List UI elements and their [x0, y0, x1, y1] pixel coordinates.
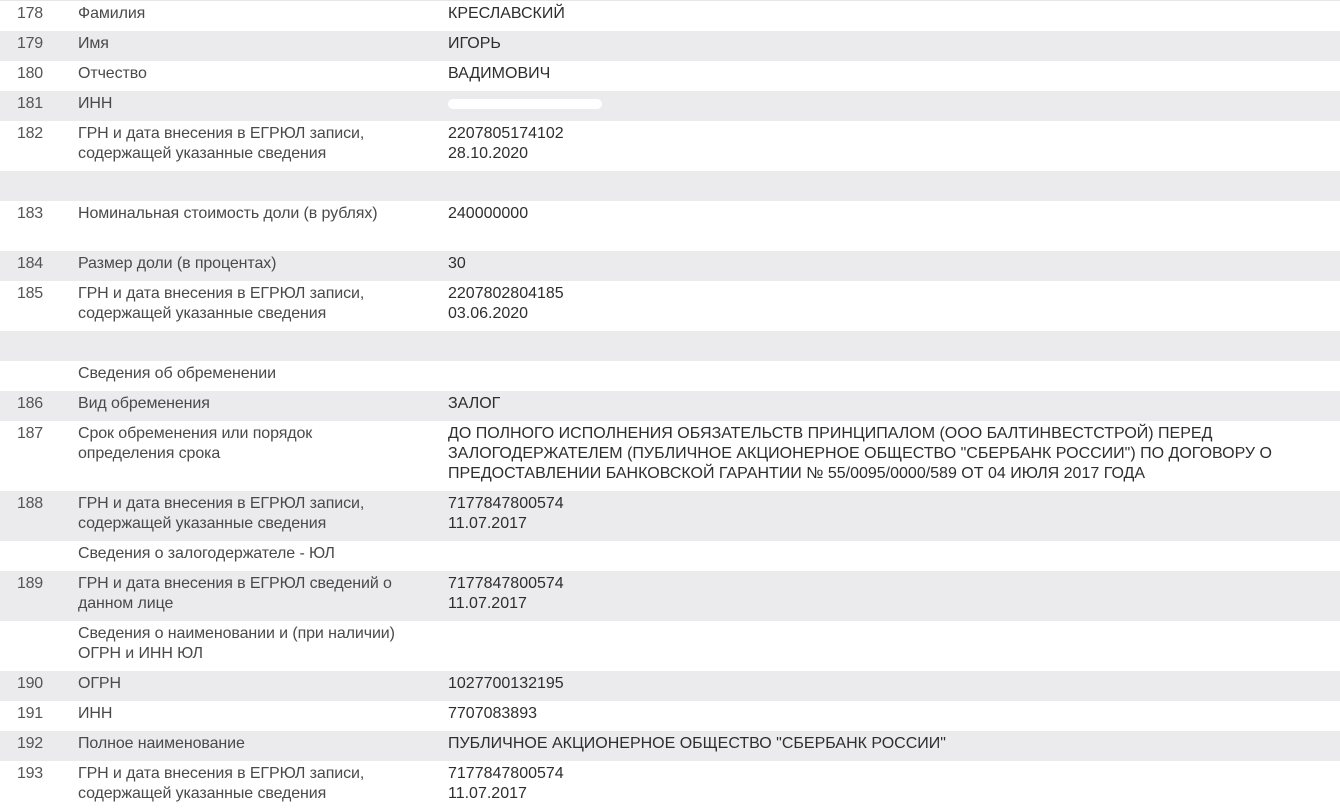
section-header-row: Сведения о залогодержателе - ЮЛ: [0, 541, 1340, 571]
value-line: 1027700132195: [448, 674, 1324, 694]
row-number: 179: [0, 34, 78, 54]
table-row-188: 188 ГРН и дата внесения в ЕГРЮЛ записи, …: [0, 491, 1340, 541]
field-label: Отчество: [78, 64, 448, 84]
table-row-186: 186 Вид обременения ЗАЛОГ: [0, 391, 1340, 421]
row-number: 192: [0, 734, 78, 754]
value-line: 7177847800574: [448, 494, 1324, 514]
table-row-191: 191 ИНН 7707083893: [0, 701, 1340, 731]
row-number: 186: [0, 394, 78, 414]
field-value: 717784780057411.07.2017: [448, 574, 1340, 614]
value-line: 7177847800574: [448, 764, 1324, 784]
value-line: ВАДИМОВИЧ: [448, 64, 1324, 84]
field-value: 717784780057411.07.2017: [448, 494, 1340, 534]
field-label: Сведения об обременении: [78, 364, 448, 384]
value-line: 240000000: [448, 204, 1324, 224]
table-row-182: 182 ГРН и дата внесения в ЕГРЮЛ записи, …: [0, 121, 1340, 171]
table-row-192: 192 Полное наименование ПУБЛИЧНОЕ АКЦИОН…: [0, 731, 1340, 761]
field-label: ГРН и дата внесения в ЕГРЮЛ записи, соде…: [78, 764, 448, 804]
table-row-181: 181 ИНН: [0, 91, 1340, 121]
field-label: Размер доли (в процентах): [78, 254, 448, 274]
value-line: 2207805174102: [448, 124, 1324, 144]
value-line: ДО ПОЛНОГО ИСПОЛНЕНИЯ ОБЯЗАТЕЛЬСТВ ПРИНЦ…: [448, 424, 1324, 484]
field-label: ИНН: [78, 704, 448, 724]
field-label: Фамилия: [78, 4, 448, 24]
value-line: 28.10.2020: [448, 144, 1324, 164]
value-line: КРЕСЛАВСКИЙ: [448, 4, 1324, 24]
table-row-185: 185 ГРН и дата внесения в ЕГРЮЛ записи, …: [0, 281, 1340, 331]
field-value: ПУБЛИЧНОЕ АКЦИОНЕРНОЕ ОБЩЕСТВО "СБЕРБАНК…: [448, 734, 1340, 754]
row-number: 184: [0, 254, 78, 274]
field-label: Имя: [78, 34, 448, 54]
spacer-row: [0, 171, 1340, 201]
table-row-180: 180 Отчество ВАДИМОВИЧ: [0, 61, 1340, 91]
field-label: Сведения о наименовании и (при наличии) …: [78, 624, 448, 664]
field-label: Вид обременения: [78, 394, 448, 414]
field-label: ОГРН: [78, 674, 448, 694]
row-number: 183: [0, 204, 78, 224]
row-number: 185: [0, 284, 78, 304]
value-line: 2207802804185: [448, 284, 1324, 304]
field-value: ВАДИМОВИЧ: [448, 64, 1340, 84]
table-row-179: 179 Имя ИГОРЬ: [0, 31, 1340, 61]
field-label: Номинальная стоимость доли (в рублях): [78, 204, 448, 224]
field-label: ГРН и дата внесения в ЕГРЮЛ записи, соде…: [78, 494, 448, 534]
table-row-187: 187 Срок обременения или порядок определ…: [0, 421, 1340, 491]
row-number: 188: [0, 494, 78, 514]
row-number: 178: [0, 4, 78, 24]
row-number: 182: [0, 124, 78, 144]
value-line: ЗАЛОГ: [448, 394, 1324, 414]
table-row-193: 193 ГРН и дата внесения в ЕГРЮЛ записи, …: [0, 761, 1340, 808]
section-header-row: Сведения о наименовании и (при наличии) …: [0, 621, 1340, 671]
field-value: КРЕСЛАВСКИЙ: [448, 4, 1340, 24]
table-row-184: 184 Размер доли (в процентах) 30: [0, 251, 1340, 281]
value-line: 11.07.2017: [448, 594, 1324, 614]
field-label: ИНН: [78, 94, 448, 114]
table-row-190: 190 ОГРН 1027700132195: [0, 671, 1340, 701]
table-row-183: 183 Номинальная стоимость доли (в рублях…: [0, 201, 1340, 251]
value-line: 11.07.2017: [448, 784, 1324, 804]
row-number: 193: [0, 764, 78, 784]
row-number: 180: [0, 64, 78, 84]
value-line: 03.06.2020: [448, 304, 1324, 324]
row-number: 191: [0, 704, 78, 724]
value-line: 7177847800574: [448, 574, 1324, 594]
table-row-189: 189 ГРН и дата внесения в ЕГРЮЛ сведений…: [0, 571, 1340, 621]
row-number: 187: [0, 424, 78, 444]
redacted-value: [448, 99, 602, 109]
field-label: ГРН и дата внесения в ЕГРЮЛ записи, соде…: [78, 284, 448, 324]
field-value: 240000000: [448, 204, 1340, 224]
field-value: ЗАЛОГ: [448, 394, 1340, 414]
field-value: 220780517410228.10.2020: [448, 124, 1340, 164]
field-value: ДО ПОЛНОГО ИСПОЛНЕНИЯ ОБЯЗАТЕЛЬСТВ ПРИНЦ…: [448, 424, 1340, 484]
row-number: 190: [0, 674, 78, 694]
row-number: 181: [0, 94, 78, 114]
table-row-178: 178 Фамилия КРЕСЛАВСКИЙ: [0, 1, 1340, 31]
row-number: 189: [0, 574, 78, 594]
field-value: ИГОРЬ: [448, 34, 1340, 54]
egrul-records-table: 178 Фамилия КРЕСЛАВСКИЙ 179 Имя ИГОРЬ 18…: [0, 0, 1340, 808]
field-value: [448, 94, 1340, 115]
field-label: ГРН и дата внесения в ЕГРЮЛ сведений о д…: [78, 574, 448, 614]
value-line: ИГОРЬ: [448, 34, 1324, 54]
value-line: 11.07.2017: [448, 514, 1324, 534]
field-label: Сведения о залогодержателе - ЮЛ: [78, 544, 448, 564]
field-value: 220780280418503.06.2020: [448, 284, 1340, 324]
field-value: 1027700132195: [448, 674, 1340, 694]
field-label: Срок обременения или порядок определения…: [78, 424, 448, 464]
field-value: 717784780057411.07.2017: [448, 764, 1340, 804]
field-value: 7707083893: [448, 704, 1340, 724]
field-label: Полное наименование: [78, 734, 448, 754]
field-value: 30: [448, 254, 1340, 274]
spacer-row: [0, 331, 1340, 361]
value-line: 7707083893: [448, 704, 1324, 724]
section-header-row: Сведения об обременении: [0, 361, 1340, 391]
field-label: ГРН и дата внесения в ЕГРЮЛ записи, соде…: [78, 124, 448, 164]
value-line: 30: [448, 254, 1324, 274]
value-line: ПУБЛИЧНОЕ АКЦИОНЕРНОЕ ОБЩЕСТВО "СБЕРБАНК…: [448, 734, 1324, 754]
